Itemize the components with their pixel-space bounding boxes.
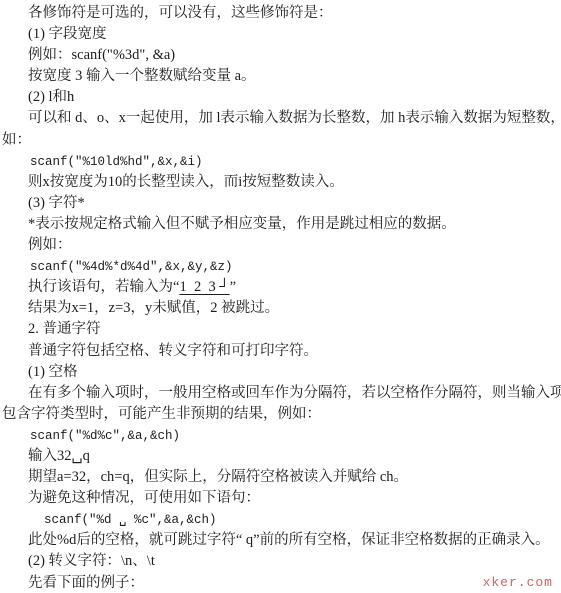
- text-line: 2. 普通字符: [0, 319, 561, 340]
- code-text: scanf("%d ␣ %c",&a,&ch): [44, 513, 217, 527]
- body-text: *表示按规定格式输入但不赋予相应变量，作用是跳过相应的数据。: [28, 216, 456, 232]
- body-text: 普通字符包括空格、转义字符和可打印字符。: [28, 343, 318, 359]
- text-line: scanf("%d ␣ %c",&a,&ch): [0, 509, 561, 530]
- body-text: 执行该语句，若输入为“: [28, 279, 179, 295]
- body-text: (3) 字符*: [28, 195, 85, 211]
- body-text: 在有多个输入项时，一般用空格或回车作为分隔符，若以空格作分隔符，则当输入项中: [28, 385, 561, 401]
- body-text: 输入32␣q: [28, 448, 90, 464]
- text-line: (3) 字符*: [0, 193, 561, 214]
- text-line: 先看下面的例子：: [0, 573, 561, 593]
- body-text: 期望a=32，ch=q，但实际上，分隔符空格被读入并赋给 ch。: [28, 469, 408, 485]
- text-line: (1) 字段宽度: [0, 24, 561, 45]
- body-text: 按宽度 3 输入一个整数赋给变量 a。: [28, 68, 256, 84]
- text-line: 例如：: [0, 235, 561, 256]
- document-body: 各修饰符是可选的，可以没有，这些修饰符是：(1) 字段宽度例如：scanf("%…: [0, 0, 561, 593]
- underlined-input-example: 1 2 3 ┘: [179, 279, 229, 295]
- text-line: 结果为x=1，z=3，y未赋值，2 被跳过。: [0, 298, 561, 319]
- body-text: 例如：scanf("%3d", &a): [28, 47, 175, 63]
- text-line: 普通字符包括空格、转义字符和可打印字符。: [0, 341, 561, 362]
- text-line: (2) l和h: [0, 87, 561, 108]
- document-page: 各修饰符是可选的，可以没有，这些修饰符是：(1) 字段宽度例如：scanf("%…: [0, 0, 561, 593]
- body-text: 先看下面的例子：: [28, 575, 144, 591]
- text-line: 如：: [0, 130, 561, 151]
- text-line: (1) 空格: [0, 362, 561, 383]
- text-line: 则x按宽度为10的长整型读入，而i按短整数读入。: [0, 172, 561, 193]
- body-text: 可以和 d、o、x一起使用，加 l表示输入数据为长整数，加 h表示输入数据为短整…: [28, 110, 561, 126]
- text-line: 各修饰符是可选的，可以没有，这些修饰符是：: [0, 3, 561, 24]
- body-text: 此处%d后的空格，就可跳过字符“ q”前的所有空格，保证非空格数据的正确录入。: [28, 532, 550, 548]
- text-line: 按宽度 3 输入一个整数赋给变量 a。: [0, 66, 561, 87]
- body-text: ”: [230, 279, 236, 295]
- text-line: *表示按规定格式输入但不赋予相应变量，作用是跳过相应的数据。: [0, 214, 561, 235]
- text-line: (2) 转义字符：\n、\t: [0, 551, 561, 572]
- text-line: 在有多个输入项时，一般用空格或回车作为分隔符，若以空格作分隔符，则当输入项中: [0, 383, 561, 404]
- body-text: 2. 普通字符: [28, 321, 101, 337]
- text-line: 例如：scanf("%3d", &a): [0, 45, 561, 66]
- site-watermark: xker.com: [483, 575, 553, 590]
- text-line: 期望a=32，ch=q，但实际上，分隔符空格被读入并赋给 ch。: [0, 467, 561, 488]
- text-line: scanf("%10ld%hd",&x,&i): [0, 151, 561, 172]
- text-line: 此处%d后的空格，就可跳过字符“ q”前的所有空格，保证非空格数据的正确录入。: [0, 530, 561, 551]
- body-text: 结果为x=1，z=3，y未赋值，2 被跳过。: [28, 300, 279, 316]
- text-line: 执行该语句，若输入为“1 2 3 ┘”: [0, 277, 561, 298]
- body-text: 各修饰符是可选的，可以没有，这些修饰符是：: [28, 5, 333, 21]
- body-text: (1) 字段宽度: [28, 26, 107, 42]
- text-line: 包含字符类型时，可能产生非预期的结果，例如：: [0, 404, 561, 425]
- body-text: (2) 转义字符：\n、\t: [28, 553, 155, 569]
- body-text: (2) l和h: [28, 89, 74, 105]
- text-line: 输入32␣q: [0, 446, 561, 467]
- text-line: 可以和 d、o、x一起使用，加 l表示输入数据为长整数，加 h表示输入数据为短整…: [0, 108, 561, 129]
- text-line: scanf("%d%c",&a,&ch): [0, 425, 561, 446]
- text-line: 为避免这种情况，可使用如下语句：: [0, 488, 561, 509]
- code-text: scanf("%10ld%hd",&x,&i): [30, 155, 203, 169]
- body-text: 包含字符类型时，可能产生非预期的结果，例如：: [2, 406, 321, 422]
- body-text: (1) 空格: [28, 364, 78, 380]
- code-text: scanf("%4d%*d%4d",&x,&y,&z): [30, 260, 233, 274]
- body-text: 则x按宽度为10的长整型读入，而i按短整数读入。: [28, 174, 344, 190]
- body-text: 如：: [2, 132, 31, 148]
- body-text: 为避免这种情况，可使用如下语句：: [28, 490, 260, 506]
- body-text: 例如：: [28, 237, 72, 253]
- text-line: scanf("%4d%*d%4d",&x,&y,&z): [0, 256, 561, 277]
- code-text: scanf("%d%c",&a,&ch): [30, 429, 180, 443]
